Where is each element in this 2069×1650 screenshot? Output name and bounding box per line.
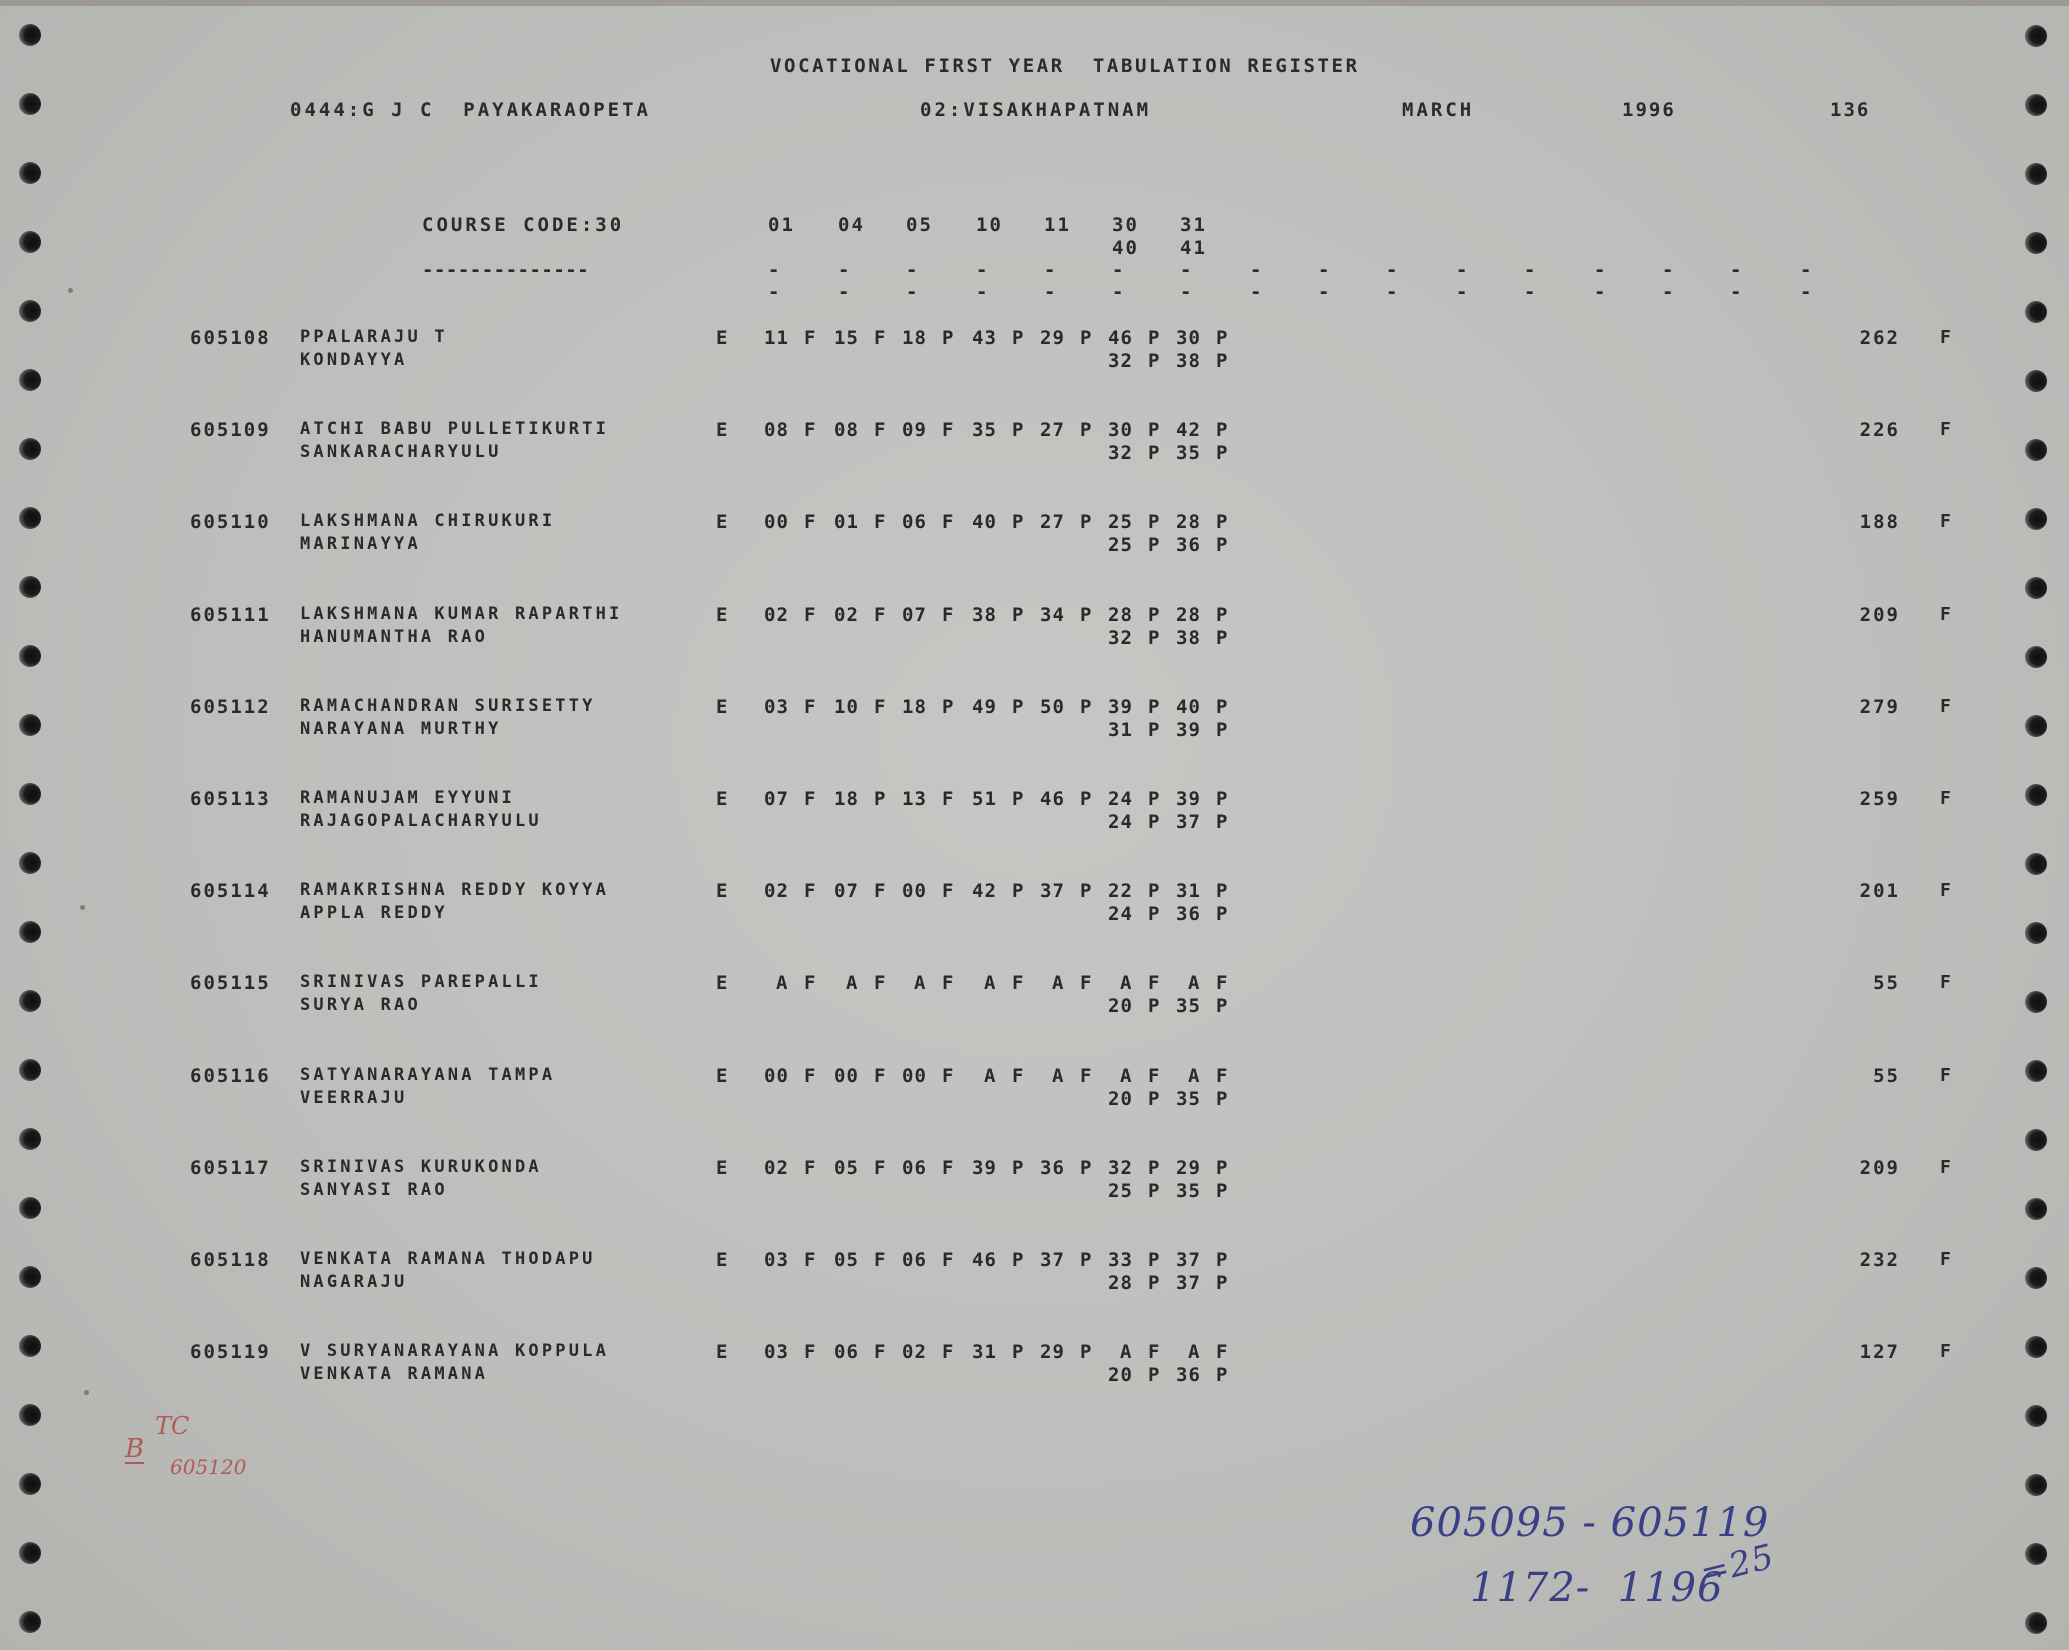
perforation-hole	[19, 852, 41, 874]
subject-status: F	[874, 972, 886, 994]
perforation-hole	[2025, 232, 2047, 254]
subject-status: F	[942, 1157, 954, 1179]
subject-status: P	[1216, 1272, 1228, 1294]
subject-status: F	[804, 880, 816, 902]
perforation-hole	[2025, 163, 2047, 185]
student-name-line2: NAGARAJU	[300, 1272, 407, 1292]
subject-status: P	[1216, 788, 1228, 810]
subject-status: P	[1012, 1157, 1024, 1179]
subject-mark: 39	[1176, 719, 1201, 741]
subject-mark: A	[1120, 972, 1132, 994]
student-name: LAKSHMANA CHIRUKURI	[300, 511, 555, 531]
subject-mark: 25	[1108, 511, 1133, 533]
subject-code: 01	[768, 214, 795, 236]
subject-code: 40	[1112, 237, 1139, 259]
subject-status: P	[1216, 696, 1228, 718]
subject-code: 30	[1112, 214, 1139, 236]
medium-code: E	[716, 604, 728, 626]
total-marks: 127	[1840, 1341, 1900, 1363]
subject-status: P	[1080, 1341, 1092, 1363]
result-status: F	[1940, 604, 1951, 625]
subject-status: P	[1216, 719, 1228, 741]
medium-code: E	[716, 511, 728, 533]
subject-mark: 42	[972, 880, 997, 902]
roll-number: 605116	[190, 1065, 271, 1087]
subject-mark: A	[776, 972, 788, 994]
student-name-line2: HANUMANTHA RAO	[300, 627, 488, 647]
student-name-line2: VEERRAJU	[300, 1088, 407, 1108]
roll-number: 605119	[190, 1341, 271, 1363]
subject-mark: 37	[1040, 880, 1065, 902]
subject-mark: 20	[1108, 1364, 1133, 1386]
subject-status: P	[942, 696, 954, 718]
register-title: VOCATIONAL FIRST YEAR TABULATION REGISTE…	[770, 55, 1360, 77]
subject-mark: 06	[834, 1341, 859, 1363]
subject-mark: 02	[834, 604, 859, 626]
perforation-hole	[19, 1404, 41, 1426]
subject-mark: 24	[1108, 903, 1133, 925]
student-name-line2: VENKATA RAMANA	[300, 1364, 488, 1384]
roll-number: 605114	[190, 880, 271, 902]
subject-mark: A	[1188, 1341, 1200, 1363]
subject-mark: 07	[902, 604, 927, 626]
exam-year: 1996	[1622, 99, 1676, 121]
roll-number: 605117	[190, 1157, 271, 1179]
subject-status: F	[874, 1065, 886, 1087]
subject-mark: A	[984, 1065, 996, 1087]
perforation-hole	[2025, 1612, 2047, 1634]
course-code-underline: --------------	[422, 259, 589, 281]
subject-mark: 05	[834, 1157, 859, 1179]
subject-status: P	[1148, 788, 1160, 810]
result-status: F	[1940, 327, 1951, 348]
subject-mark: 02	[902, 1341, 927, 1363]
subject-status: P	[1216, 327, 1228, 349]
perforation-hole	[19, 93, 41, 115]
subject-status: P	[1216, 627, 1228, 649]
subject-mark: 31	[972, 1341, 997, 1363]
subject-mark: 31	[1176, 880, 1201, 902]
subject-mark: 32	[1108, 442, 1133, 464]
subject-status: P	[1012, 1249, 1024, 1271]
student-name-line2: NARAYANA MURTHY	[300, 719, 502, 739]
paper-speck	[68, 288, 73, 293]
column-separator: --	[1730, 259, 1741, 303]
student-name: V SURYANARAYANA KOPPULA	[300, 1341, 609, 1361]
subject-mark: 08	[764, 419, 789, 441]
subject-mark: 00	[902, 880, 927, 902]
subject-status: P	[1080, 1157, 1092, 1179]
subject-mark: 40	[1176, 696, 1201, 718]
result-status: F	[1940, 1341, 1951, 1362]
subject-status: F	[874, 327, 886, 349]
subject-mark: 28	[1108, 1272, 1133, 1294]
subject-status: P	[1148, 511, 1160, 533]
medium-code: E	[716, 972, 728, 994]
perforation-hole	[19, 1542, 41, 1564]
subject-mark: 07	[764, 788, 789, 810]
subject-status: P	[1012, 1341, 1024, 1363]
student-name-line2: KONDAYYA	[300, 350, 407, 370]
student-name: SRINIVAS KURUKONDA	[300, 1157, 542, 1177]
perforation-hole	[19, 162, 41, 184]
subject-status: F	[1012, 1065, 1024, 1087]
perforation-hole	[2025, 94, 2047, 116]
subject-mark: 36	[1176, 903, 1201, 925]
student-name: PPALARAJU T	[300, 327, 448, 347]
subject-mark: 35	[1176, 442, 1201, 464]
column-separator: --	[906, 259, 917, 303]
subject-status: F	[804, 419, 816, 441]
subject-mark: 46	[1108, 327, 1133, 349]
student-row: 605117SRINIVAS KURUKONDASANYASI RAOE02F0…	[0, 1157, 2069, 1217]
roll-number: 605109	[190, 419, 271, 441]
student-row: 605112RAMACHANDRAN SURISETTYNARAYANA MUR…	[0, 696, 2069, 756]
perforation-hole	[2025, 301, 2047, 323]
student-row: 605110LAKSHMANA CHIRUKURIMARINAYYAE00F01…	[0, 511, 2069, 571]
page-number: 136	[1830, 99, 1870, 121]
course-code-label: COURSE CODE:30	[422, 214, 624, 236]
subject-status: P	[1148, 442, 1160, 464]
subject-status: P	[1148, 995, 1160, 1017]
student-name: SRINIVAS PAREPALLI	[300, 972, 542, 992]
perforation-hole	[19, 1473, 41, 1495]
subject-mark: 07	[834, 880, 859, 902]
subject-mark: 31	[1108, 719, 1133, 741]
total-marks: 188	[1840, 511, 1900, 533]
subject-mark: 02	[764, 604, 789, 626]
paper-speck	[80, 905, 85, 910]
column-separator: --	[1044, 259, 1055, 303]
roll-number: 605113	[190, 788, 271, 810]
column-separator: --	[1112, 259, 1123, 303]
subject-mark: 39	[1108, 696, 1133, 718]
subject-mark: 43	[972, 327, 997, 349]
result-status: F	[1940, 1065, 1951, 1086]
handwritten-red-mark: B	[125, 1436, 144, 1464]
subject-mark: 32	[1108, 627, 1133, 649]
subject-status: P	[1012, 419, 1024, 441]
student-name-line2: RAJAGOPALACHARYULU	[300, 811, 542, 831]
subject-mark: 27	[1040, 419, 1065, 441]
subject-mark: 40	[972, 511, 997, 533]
subject-mark: 03	[764, 1341, 789, 1363]
subject-mark: 06	[902, 511, 927, 533]
roll-number: 605110	[190, 511, 271, 533]
subject-mark: 28	[1108, 604, 1133, 626]
subject-status: P	[1216, 1249, 1228, 1271]
subject-mark: 38	[972, 604, 997, 626]
subject-mark: 37	[1176, 811, 1201, 833]
student-name: SATYANARAYANA TAMPA	[300, 1065, 555, 1085]
subject-status: F	[874, 1249, 886, 1271]
student-row: 605119V SURYANARAYANA KOPPULAVENKATA RAM…	[0, 1341, 2069, 1401]
subject-status: P	[1216, 1364, 1228, 1386]
subject-status: P	[1012, 327, 1024, 349]
subject-mark: 33	[1108, 1249, 1133, 1271]
perforation-hole	[2025, 577, 2047, 599]
column-separator: --	[1250, 259, 1261, 303]
subject-mark: 05	[834, 1249, 859, 1271]
subject-status: P	[1148, 696, 1160, 718]
subject-status: P	[1080, 327, 1092, 349]
subject-status: P	[1148, 327, 1160, 349]
perforation-hole	[2025, 853, 2047, 875]
subject-status: F	[804, 511, 816, 533]
perforation-hole	[19, 231, 41, 253]
subject-mark: 35	[972, 419, 997, 441]
column-separator: --	[1180, 259, 1191, 303]
subject-status: P	[1148, 534, 1160, 556]
subject-mark: 08	[834, 419, 859, 441]
subject-status: P	[1148, 811, 1160, 833]
student-name: ATCHI BABU PULLETIKURTI	[300, 419, 609, 439]
column-separator: --	[1386, 259, 1397, 303]
subject-mark: 29	[1040, 1341, 1065, 1363]
student-name-line2: APPLA REDDY	[300, 903, 448, 923]
student-row: 605113RAMANUJAM EYYUNIRAJAGOPALACHARYULU…	[0, 788, 2069, 848]
subject-mark: 36	[1176, 534, 1201, 556]
subject-status: P	[1148, 719, 1160, 741]
subject-mark: 35	[1176, 1180, 1201, 1202]
subject-mark: 02	[764, 1157, 789, 1179]
total-marks: 209	[1840, 1157, 1900, 1179]
result-status: F	[1940, 972, 1951, 993]
subject-status: F	[942, 1341, 954, 1363]
roll-number: 605115	[190, 972, 271, 994]
subject-mark: 36	[1040, 1157, 1065, 1179]
student-row: 605116SATYANARAYANA TAMPAVEERRAJUE00F00F…	[0, 1065, 2069, 1125]
total-marks: 232	[1840, 1249, 1900, 1271]
paper-top-edge	[0, 0, 2069, 6]
subject-mark: 00	[902, 1065, 927, 1087]
subject-status: P	[1216, 511, 1228, 533]
student-name: RAMANUJAM EYYUNI	[300, 788, 515, 808]
subject-mark: 00	[764, 511, 789, 533]
perforation-hole	[2025, 1543, 2047, 1565]
total-marks: 226	[1840, 419, 1900, 441]
subject-mark: 11	[764, 327, 789, 349]
subject-mark: 10	[834, 696, 859, 718]
perforation-hole	[19, 1611, 41, 1633]
subject-status: P	[1080, 604, 1092, 626]
subject-status: F	[874, 604, 886, 626]
medium-code: E	[716, 327, 728, 349]
subject-status: F	[1080, 972, 1092, 994]
subject-status: P	[1216, 419, 1228, 441]
subject-status: P	[1148, 419, 1160, 441]
result-status: F	[1940, 788, 1951, 809]
perforation-hole	[19, 576, 41, 598]
subject-mark: A	[846, 972, 858, 994]
total-marks: 201	[1840, 880, 1900, 902]
subject-mark: 01	[834, 511, 859, 533]
subject-status: P	[1216, 1180, 1228, 1202]
subject-status: F	[942, 419, 954, 441]
total-marks: 262	[1840, 327, 1900, 349]
subject-status: P	[1216, 350, 1228, 372]
subject-mark: 06	[902, 1157, 927, 1179]
subject-status: F	[1216, 1341, 1228, 1363]
subject-status: P	[1216, 880, 1228, 902]
subject-mark: 42	[1176, 419, 1201, 441]
subject-code: 10	[976, 214, 1003, 236]
subject-status: P	[1216, 995, 1228, 1017]
subject-mark: 18	[902, 696, 927, 718]
perforation-hole	[2025, 1129, 2047, 1151]
subject-mark: 18	[902, 327, 927, 349]
subject-status: P	[1148, 1157, 1160, 1179]
subject-mark: 46	[1040, 788, 1065, 810]
subject-status: P	[1148, 1272, 1160, 1294]
subject-mark: 38	[1176, 350, 1201, 372]
subject-status: P	[1080, 419, 1092, 441]
student-row: 605118VENKATA RAMANA THODAPUNAGARAJUE03F…	[0, 1249, 2069, 1309]
subject-mark: 32	[1108, 1157, 1133, 1179]
subject-status: F	[1148, 1341, 1160, 1363]
subject-mark: 00	[834, 1065, 859, 1087]
student-row: 605108PPALARAJU TKONDAYYAE11F15F18P43P29…	[0, 327, 2069, 387]
subject-mark: 34	[1040, 604, 1065, 626]
subject-status: P	[1148, 350, 1160, 372]
subject-status: F	[942, 788, 954, 810]
medium-code: E	[716, 880, 728, 902]
subject-code: 04	[838, 214, 865, 236]
subject-code: 41	[1180, 237, 1207, 259]
roll-number: 605112	[190, 696, 271, 718]
subject-mark: A	[914, 972, 926, 994]
subject-status: P	[1148, 604, 1160, 626]
subject-status: P	[1148, 903, 1160, 925]
total-marks: 259	[1840, 788, 1900, 810]
subject-mark: 51	[972, 788, 997, 810]
subject-status: P	[1148, 627, 1160, 649]
subject-status: P	[1216, 811, 1228, 833]
subject-status: P	[1216, 903, 1228, 925]
student-name: RAMACHANDRAN SURISETTY	[300, 696, 596, 716]
subject-mark: 15	[834, 327, 859, 349]
subject-status: P	[1080, 511, 1092, 533]
subject-mark: 37	[1176, 1272, 1201, 1294]
subject-mark: 36	[1176, 1364, 1201, 1386]
column-separator: --	[1524, 259, 1535, 303]
subject-mark: 35	[1176, 1088, 1201, 1110]
result-status: F	[1940, 1249, 1951, 1270]
subject-status: F	[1216, 1065, 1228, 1087]
total-marks: 279	[1840, 696, 1900, 718]
result-status: F	[1940, 880, 1951, 901]
student-name: VENKATA RAMANA THODAPU	[300, 1249, 596, 1269]
paper-speck	[84, 1390, 89, 1395]
student-name-line2: SANKARACHARYULU	[300, 442, 502, 462]
student-row: 605109ATCHI BABU PULLETIKURTISANKARACHAR…	[0, 419, 2069, 479]
student-name-line2: MARINAYYA	[300, 534, 421, 554]
subject-status: P	[1012, 788, 1024, 810]
district-name: 02:VISAKHAPATNAM	[920, 99, 1151, 121]
perforation-hole	[19, 1128, 41, 1150]
medium-code: E	[716, 788, 728, 810]
subject-status: F	[1216, 972, 1228, 994]
medium-code: E	[716, 1157, 728, 1179]
subject-status: P	[1080, 880, 1092, 902]
subject-status: P	[942, 327, 954, 349]
total-marks: 55	[1840, 1065, 1900, 1087]
total-marks: 209	[1840, 604, 1900, 626]
subject-mark: 35	[1176, 995, 1201, 1017]
subject-status: P	[1148, 1364, 1160, 1386]
medium-code: E	[716, 1065, 728, 1087]
subject-status: P	[1080, 788, 1092, 810]
subject-mark: 28	[1176, 511, 1201, 533]
total-marks: 55	[1840, 972, 1900, 994]
subject-status: P	[1216, 442, 1228, 464]
subject-status: P	[1148, 1088, 1160, 1110]
subject-mark: 49	[972, 696, 997, 718]
student-name-line2: SANYASI RAO	[300, 1180, 448, 1200]
subject-status: F	[1148, 972, 1160, 994]
subject-code: 31	[1180, 214, 1207, 236]
subject-status: P	[874, 788, 886, 810]
subject-mark: 20	[1108, 995, 1133, 1017]
subject-status: F	[804, 1249, 816, 1271]
subject-status: P	[1012, 511, 1024, 533]
subject-status: P	[1012, 696, 1024, 718]
result-status: F	[1940, 1157, 1951, 1178]
subject-status: F	[804, 972, 816, 994]
medium-code: E	[716, 419, 728, 441]
subject-mark: 37	[1040, 1249, 1065, 1271]
subject-status: F	[804, 327, 816, 349]
subject-mark: A	[1120, 1065, 1132, 1087]
subject-code: 05	[906, 214, 933, 236]
medium-code: E	[716, 696, 728, 718]
column-separator: --	[838, 259, 849, 303]
subject-mark: 37	[1176, 1249, 1201, 1271]
exam-month: MARCH	[1402, 99, 1474, 121]
column-separator: --	[1456, 259, 1467, 303]
subject-status: F	[804, 1065, 816, 1087]
subject-mark: 03	[764, 1249, 789, 1271]
column-separator: --	[1318, 259, 1329, 303]
column-separator: --	[976, 259, 987, 303]
subject-mark: 30	[1108, 419, 1133, 441]
subject-status: F	[942, 1249, 954, 1271]
subject-status: P	[1216, 534, 1228, 556]
column-separator: --	[1662, 259, 1673, 303]
perforation-hole	[2025, 1405, 2047, 1427]
subject-status: F	[1012, 972, 1024, 994]
subject-mark: 13	[902, 788, 927, 810]
subject-mark: 06	[902, 1249, 927, 1271]
subject-status: P	[1148, 1249, 1160, 1271]
subject-mark: 24	[1108, 788, 1133, 810]
subject-status: F	[804, 696, 816, 718]
student-name: RAMAKRISHNA REDDY KOYYA	[300, 880, 609, 900]
subject-status: P	[1148, 880, 1160, 902]
subject-status: F	[942, 511, 954, 533]
subject-mark: 00	[764, 1065, 789, 1087]
handwritten-range-note: 605095 - 605119	[1410, 1500, 1769, 1546]
subject-status: F	[874, 1157, 886, 1179]
subject-mark: 25	[1108, 534, 1133, 556]
handwritten-count-note: 1172- 1196	[1470, 1565, 1724, 1611]
subject-mark: A	[1120, 1341, 1132, 1363]
subject-status: F	[804, 604, 816, 626]
subject-status: P	[1012, 880, 1024, 902]
student-row: 605114RAMAKRISHNA REDDY KOYYAAPPLA REDDY…	[0, 880, 2069, 940]
subject-mark: 30	[1176, 327, 1201, 349]
handwritten-red-roll: 605120	[170, 1455, 246, 1479]
